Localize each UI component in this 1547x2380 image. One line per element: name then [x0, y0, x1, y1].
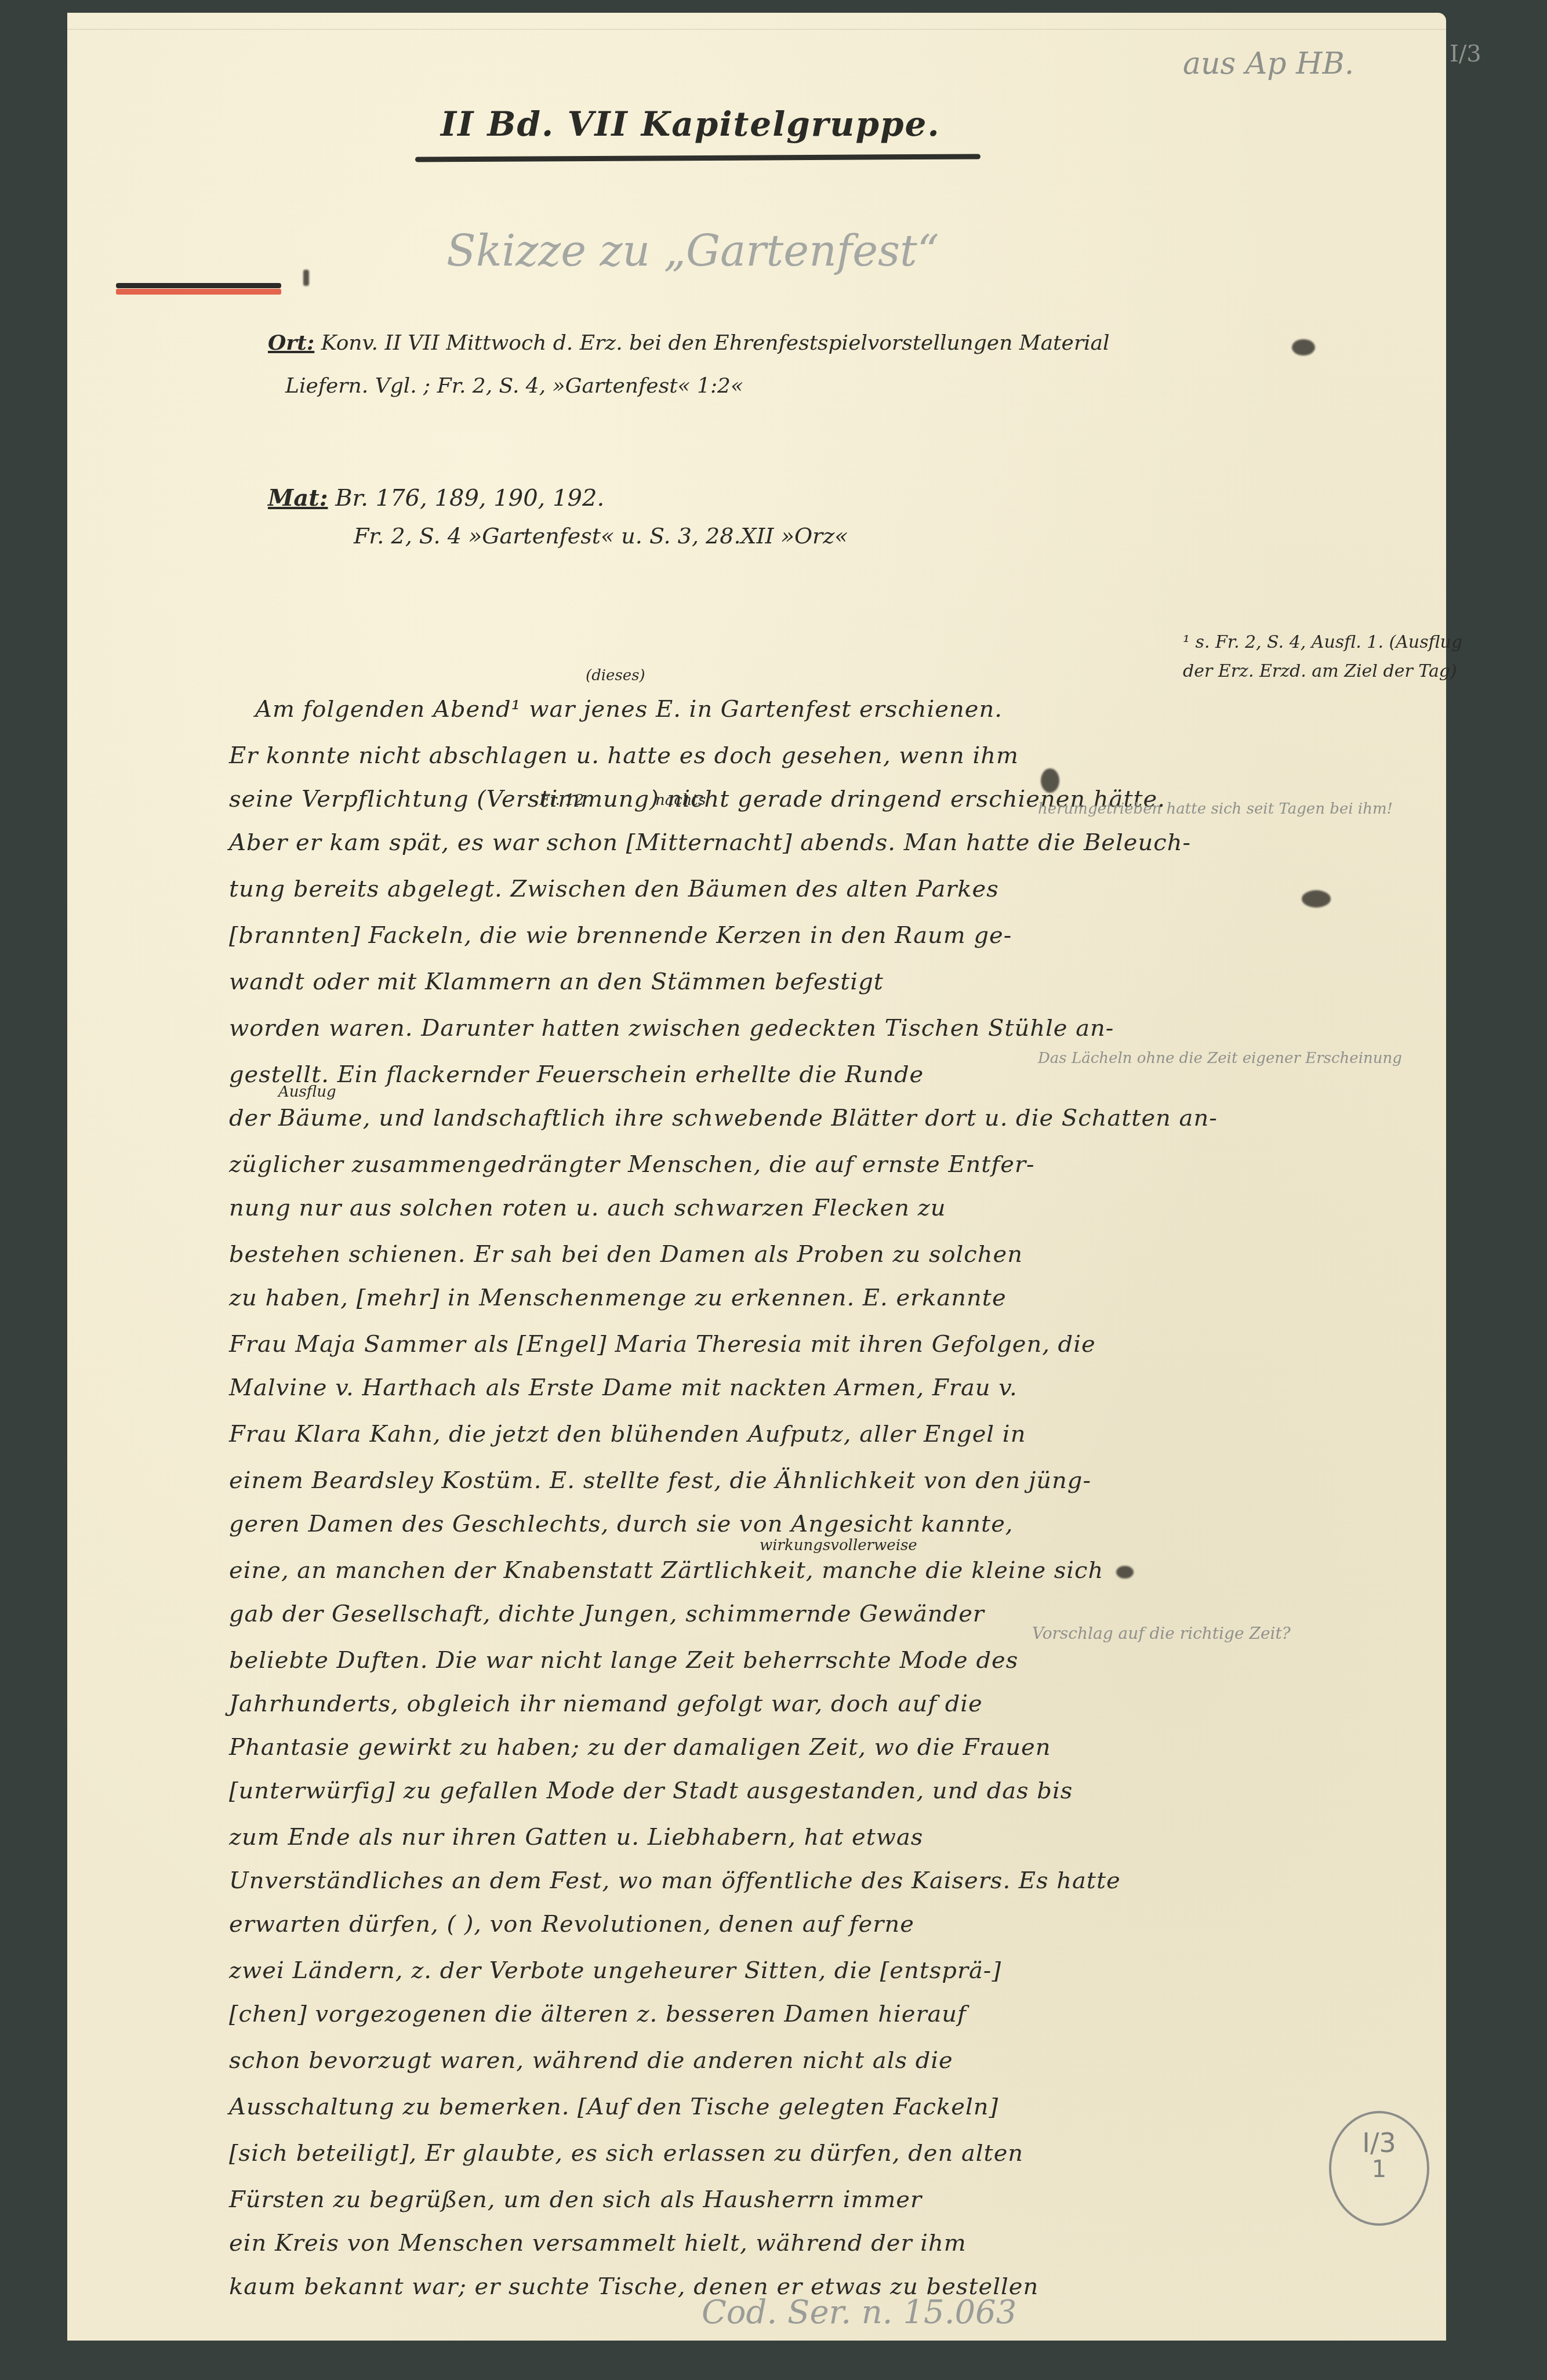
- folio-stamp: I/3 1: [1329, 2111, 1429, 2226]
- body-line: Jahrhunderts, obgleich ihr niemand gefol…: [229, 1690, 983, 1717]
- pencil-margin-note: Vorschlag auf die richtige Zeit?: [1032, 1624, 1291, 1643]
- ink-blot: [1292, 339, 1315, 355]
- body-line: [unterwürfig] zu gefallen Mode der Stadt…: [229, 1777, 1073, 1804]
- margin-note-footnote-2: der Erz. Erzd. am Ziel der Tag): [1183, 661, 1457, 681]
- body-line: seine Verpflichtung (Verstimmung) nicht …: [229, 786, 1165, 812]
- body-line: erwarten dürfen, ( ), von Revolutionen, …: [229, 1911, 914, 1938]
- body-line: zwei Ländern, z. der Verbote ungeheurer …: [229, 1957, 1001, 1984]
- shelfmark: Cod. Ser. n. 15.063: [702, 2294, 1016, 2331]
- pencil-margin-note: herumgetrieben hatte sich seit Tagen bei…: [1038, 800, 1393, 818]
- interlinear-insert: wirkungsvollerweise: [760, 1537, 917, 1554]
- body-line: Phantasie gewirkt zu haben; zu der damal…: [229, 1734, 1051, 1761]
- red-black-margin-mark: [116, 283, 281, 296]
- mat-text-1: Br. 176, 189, 190, 192.: [335, 485, 604, 511]
- body-line: Ausschaltung zu bemerken. [Auf den Tisch…: [229, 2094, 998, 2120]
- margin-note-footnote-1: ¹ s. Fr. 2, S. 4, Ausfl. 1. (Ausflug: [1183, 632, 1462, 652]
- pencil-margin-note: Das Lächeln ohne die Zeit eigener Ersche…: [1038, 1050, 1402, 1067]
- folio-fraction: I/3: [1331, 2127, 1427, 2158]
- body-line: [brannten] Fackeln, die wie brennende Ke…: [229, 922, 1012, 949]
- body-line: zu haben, [mehr] in Menschenmenge zu erk…: [229, 1285, 1007, 1311]
- pencil-provenance-note: aus Ap HB.: [1183, 46, 1354, 81]
- body-line: worden waren. Darunter hatten zwischen g…: [229, 1015, 1114, 1042]
- body-line: zum Ende als nur ihren Gatten u. Liebhab…: [229, 1824, 923, 1851]
- ort-label: Ort:: [268, 331, 314, 355]
- folio-sub: 1: [1331, 2156, 1427, 2183]
- pencil-page-number: I/3: [1450, 41, 1481, 67]
- body-line: gab der Gesellschaft, dichte Jungen, sch…: [229, 1601, 985, 1627]
- pencil-heading: Skizze zu „Gartenfest“: [446, 226, 939, 276]
- body-line: wandt oder mit Klammern an den Stämmen b…: [229, 968, 884, 995]
- body-line: Frau Klara Kahn, die jetzt den blühenden…: [229, 1421, 1026, 1447]
- interlinear-insert: (dieses): [586, 667, 645, 684]
- ort-text-1: Konv. II VII Mittwoch d. Erz. bei den Eh…: [321, 331, 1110, 355]
- body-line: Er konnte nicht abschlagen u. hatte es d…: [229, 742, 1019, 769]
- paper-fold-line: [67, 29, 1446, 30]
- ink-blot: [1302, 890, 1331, 908]
- ort-line-1: Ort: Konv. II VII Mittwoch d. Erz. bei d…: [268, 331, 1110, 355]
- page-title: II Bd. VII Kapitelgruppe.: [441, 104, 940, 144]
- body-line: Unverständliches an dem Fest, wo man öff…: [229, 1867, 1121, 1894]
- ort-line-2: Liefern. Vgl. ; Fr. 2, S. 4, »Gartenfest…: [285, 374, 743, 398]
- body-line: Malvine v. Harthach als Erste Dame mit n…: [229, 1374, 1018, 1401]
- body-line: [sich beteiligt], Er glaubte, es sich er…: [229, 2140, 1023, 2167]
- body-line: schon bevorzugt waren, während die ander…: [229, 2047, 953, 2074]
- ink-blot: [1116, 1566, 1134, 1579]
- body-line: gestellt. Ein flackernder Feuerschein er…: [229, 1061, 924, 1088]
- ink-dot: [303, 270, 309, 286]
- mat-line-1: Mat: Br. 176, 189, 190, 192.: [268, 484, 604, 511]
- body-line: eine, an manchen der Knabenstatt Zärtlic…: [229, 1557, 1103, 1584]
- body-line: der Bäume, und landschaftlich ihre schwe…: [229, 1105, 1218, 1131]
- body-line: ein Kreis von Menschen versammelt hielt,…: [229, 2230, 967, 2256]
- body-line: bestehen schienen. Er sah bei den Damen …: [229, 1241, 1023, 1268]
- mat-label: Mat:: [268, 484, 328, 511]
- body-line: nung nur aus solchen roten u. auch schwa…: [229, 1195, 946, 1221]
- body-line: geren Damen des Geschlechts, durch sie v…: [229, 1511, 1014, 1537]
- body-line: tung bereits abgelegt. Zwischen den Bäum…: [229, 876, 999, 902]
- body-line: Aber er kam spät, es war schon [Mitterna…: [229, 829, 1191, 856]
- body-line: Frau Maja Sammer als [Engel] Maria There…: [229, 1331, 1096, 1358]
- body-line: Am folgenden Abend¹ war jenes E. in Gart…: [255, 696, 1003, 723]
- ink-blot: [1041, 768, 1059, 793]
- body-line: züglicher zusammengedrängter Menschen, d…: [229, 1151, 1035, 1178]
- body-line: beliebte Duften. Die war nicht lange Zei…: [229, 1647, 1018, 1674]
- body-line: Fürsten zu begrüßen, um den sich als Hau…: [229, 2186, 922, 2213]
- mat-line-2: Fr. 2, S. 4 »Gartenfest« u. S. 3, 28.XII…: [354, 523, 848, 549]
- body-line: [chen] vorgezogenen die älteren z. besse…: [229, 2001, 967, 2027]
- body-line: einem Beardsley Kostüm. E. stellte fest,…: [229, 1467, 1091, 1494]
